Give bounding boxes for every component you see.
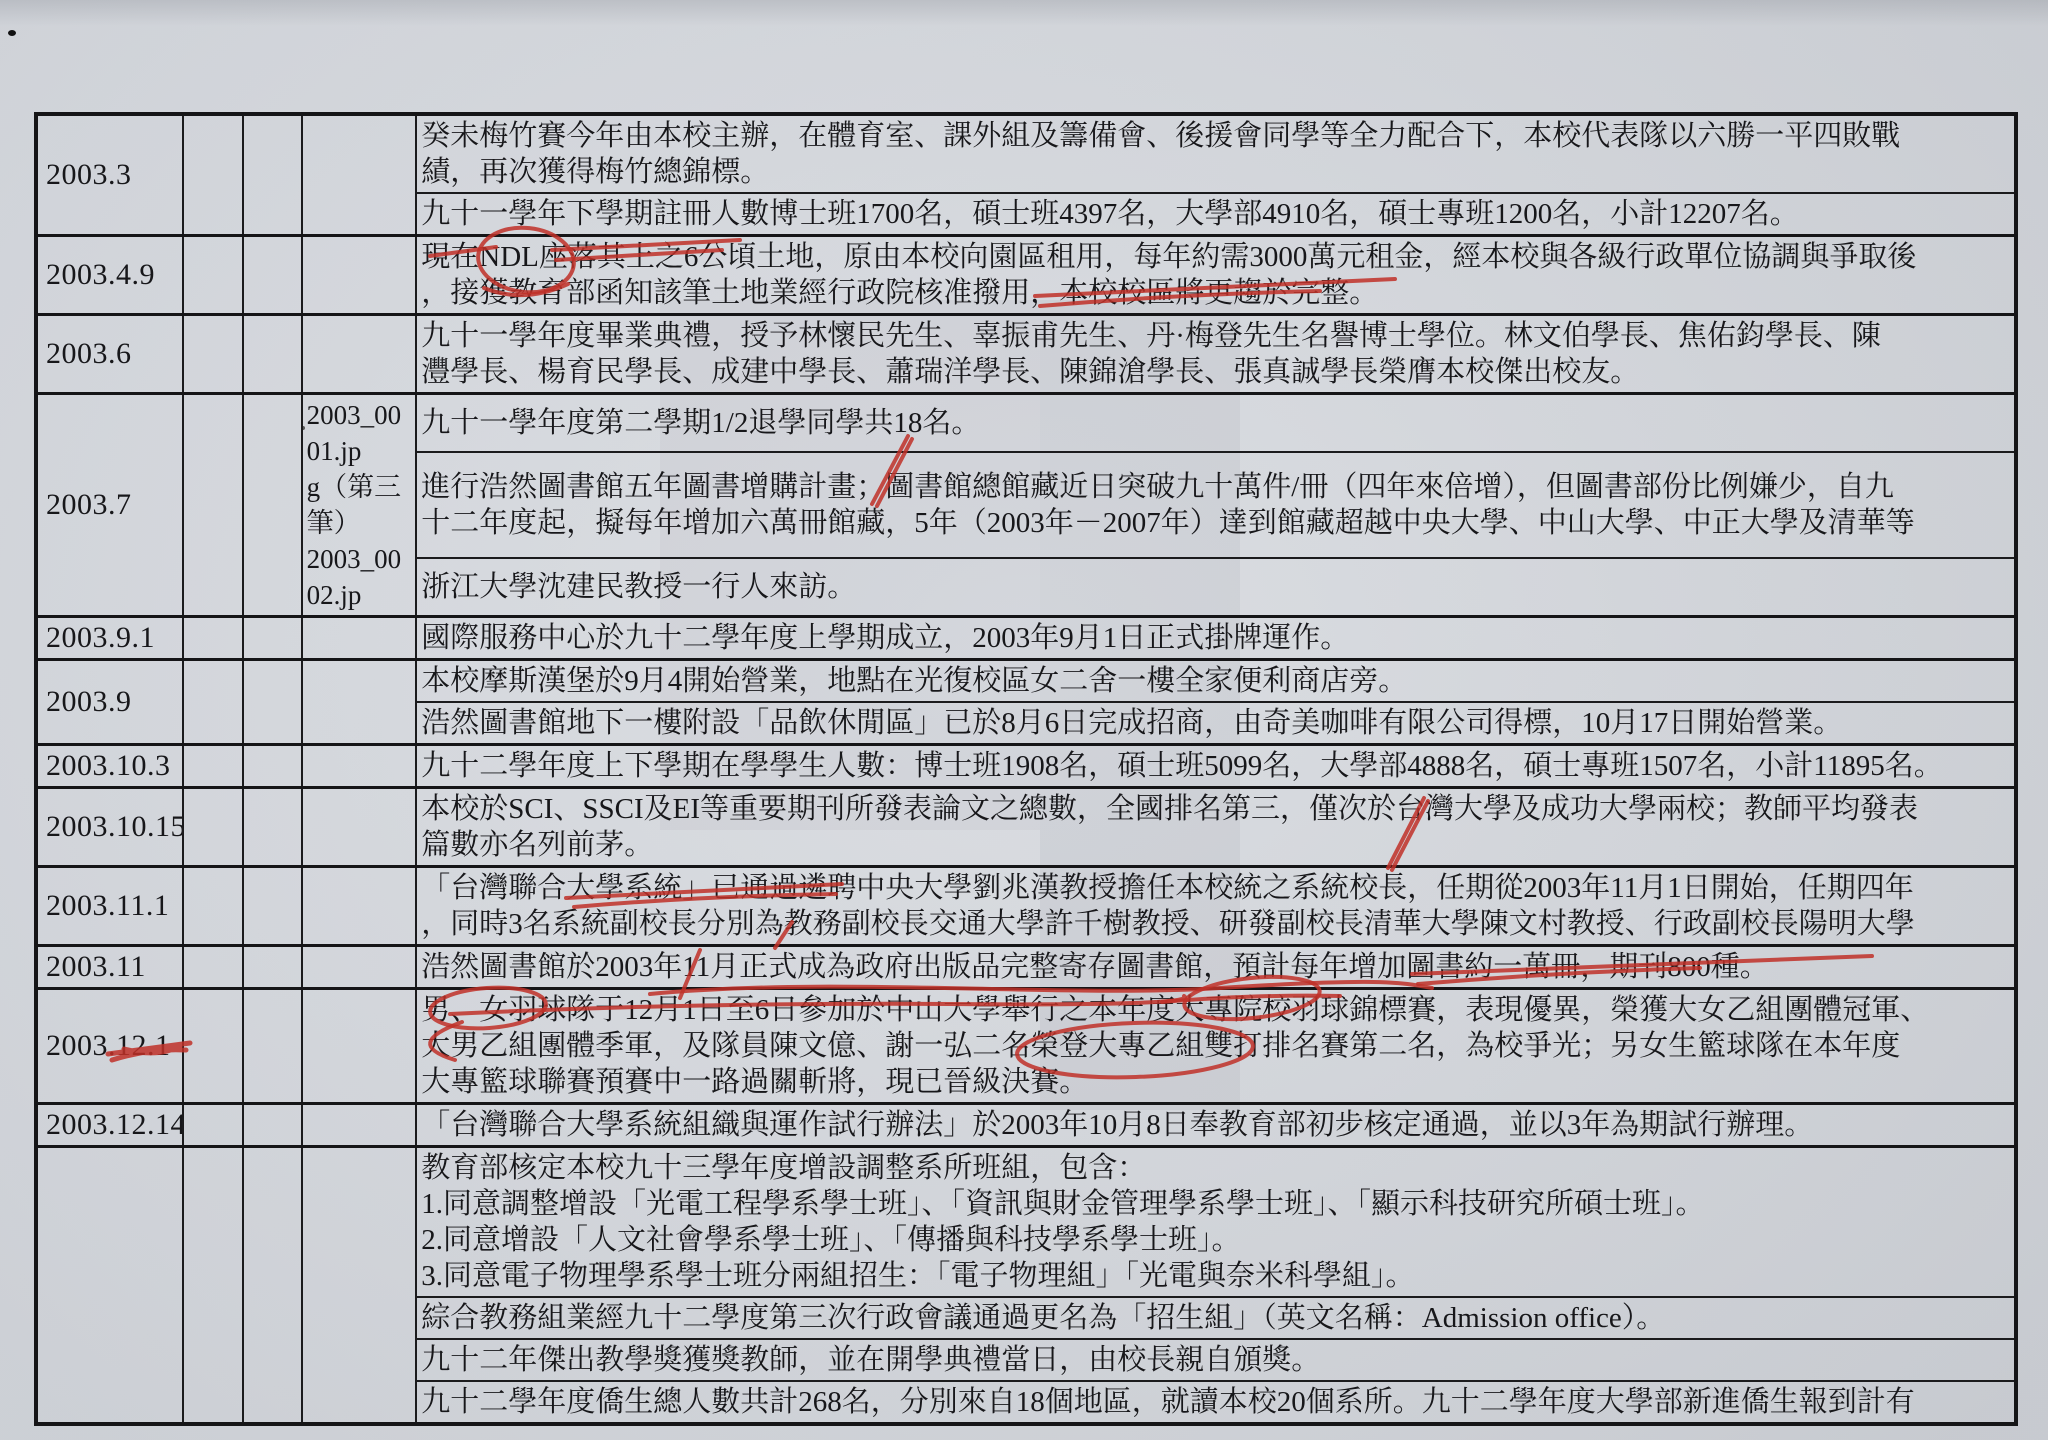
empty-cell (183, 617, 243, 660)
attachment-cell (302, 660, 417, 745)
entry-group-2003-3: 2003.3 癸未梅竹賽今年由本校主辦，在體育室、課外組及籌備會、後援會同學等全… (36, 114, 2016, 236)
date-cell: 2003.9 (36, 660, 183, 745)
table-row: 2003.3 癸未梅竹賽今年由本校主辦，在體育室、課外組及籌備會、後援會同學等全… (36, 114, 2016, 193)
empty-cell (243, 660, 301, 745)
date-cell: 2003.7 (36, 394, 183, 617)
entry-group-2003-11: 2003.11 浩然圖書館於2003年11月正式成為政府出版品完整寄存圖書館，預… (36, 946, 2016, 989)
content-cell: 九十一學年下學期註冊人數博士班1700名，碩士班4397名，大學部4910名，碩… (416, 193, 2016, 236)
empty-cell (243, 788, 301, 867)
table-row: 2003.10.15 本校於SCI、SSCI及EI等重要期刊所發表論文之總數，全… (36, 788, 2016, 867)
content-cell: 男、女羽球隊于12月1日至6日參加於中山大學舉行之本年度大專院校羽球錦標賽，表現… (416, 989, 2016, 1104)
empty-cell (243, 745, 301, 788)
attachment-cell (302, 946, 417, 989)
table-row: 2003.10.3 九十二學年度上下學期在學學生人數：博士班1908名，碩士班5… (36, 745, 2016, 788)
table-row: 2003.9 本校摩斯漢堡於9月4開始營業，地點在光復校區女二舍一樓全家便利商店… (36, 660, 2016, 703)
empty-cell (183, 1147, 243, 1425)
date-cell: 2003.12.1 (36, 989, 183, 1104)
date-cell: 2003.10.15 (36, 788, 183, 867)
content-cell: 國際服務中心於九十二學年度上學期成立，2003年9月1日正式掛牌運作。 (416, 617, 2016, 660)
date-cell: 2003.9.1 (36, 617, 183, 660)
entry-group-undated: 教育部核定本校九十三學年度增設調整系所班組，包含： 1.同意調整增設「光電工程學… (36, 1147, 2016, 1425)
attachment-cell (302, 867, 417, 946)
table-row: 教育部核定本校九十三學年度增設調整系所班組，包含： 1.同意調整增設「光電工程學… (36, 1147, 2016, 1298)
table-row: 2003.11.1 「台灣聯合大學系統」已通過遴聘中央大學劉兆漢教授擔任本校統之… (36, 867, 2016, 946)
entry-group-2003-7: 2003.7 2003_0001.jp g（第三 筆） 2003_0002.jp… (36, 394, 2016, 617)
entry-group-2003-12-1: 2003.12.1 男、女羽球隊于12月1日至6日參加於中山大學舉行之本年度大專… (36, 989, 2016, 1104)
empty-cell (183, 946, 243, 989)
content-cell: 九十一學年度畢業典禮，授予林懷民先生、辜振甫先生、丹·梅登先生名譽博士學位。林文… (416, 315, 2016, 394)
entry-group-2003-6: 2003.6 九十一學年度畢業典禮，授予林懷民先生、辜振甫先生、丹·梅登先生名譽… (36, 315, 2016, 394)
table-row: 2003.9.1 國際服務中心於九十二學年度上學期成立，2003年9月1日正式掛… (36, 617, 2016, 660)
entry-group-2003-12-14: 2003.12.14 「台灣聯合大學系統組織與運作試行辦法」於2003年10月8… (36, 1104, 2016, 1147)
table-row: 2003.11 浩然圖書館於2003年11月正式成為政府出版品完整寄存圖書館，預… (36, 946, 2016, 989)
empty-cell (183, 114, 243, 236)
date-cell (36, 1147, 183, 1425)
content-cell: 進行浩然圖書館五年圖書增購計畫；圖書館總館藏近日突破九十萬件/冊（四年來倍增），… (416, 452, 2016, 559)
empty-cell (243, 617, 301, 660)
table-row: 2003.4.9 現在NDL座落其上之6公頃土地，原由本校向園區租用，每年約需3… (36, 236, 2016, 315)
attachment-cell (302, 1104, 417, 1147)
content-cell: 癸未梅竹賽今年由本校主辦，在體育室、課外組及籌備會、後援會同學等全力配合下，本校… (416, 114, 2016, 193)
content-cell: 「台灣聯合大學系統組織與運作試行辦法」於2003年10月8日奉教育部初步核定通過… (416, 1104, 2016, 1147)
attachment-cell (302, 617, 417, 660)
empty-cell (243, 1104, 301, 1147)
content-cell: 現在NDL座落其上之6公頃土地，原由本校向園區租用，每年約需3000萬元租金，經… (416, 236, 2016, 315)
content-cell: 九十一學年度第二學期1/2退學同學共18名。 (416, 394, 2016, 452)
empty-cell (183, 236, 243, 315)
date-cell: 2003.12.14 (36, 1104, 183, 1147)
date-cell: 2003.11.1 (36, 867, 183, 946)
empty-cell (243, 394, 301, 617)
content-cell: 九十二學年度上下學期在學學生人數：博士班1908名，碩士班5099名，大學部48… (416, 745, 2016, 788)
table-row: 2003.6 九十一學年度畢業典禮，授予林懷民先生、辜振甫先生、丹·梅登先生名譽… (36, 315, 2016, 394)
attachment-cell (302, 236, 417, 315)
empty-cell (243, 867, 301, 946)
chronology-table: 2003.3 癸未梅竹賽今年由本校主辦，在體育室、課外組及籌備會、後援會同學等全… (34, 112, 2018, 1426)
entry-group-2003-9: 2003.9 本校摩斯漢堡於9月4開始營業，地點在光復校區女二舍一樓全家便利商店… (36, 660, 2016, 745)
scanned-page: 2003.3 癸未梅竹賽今年由本校主辦，在體育室、課外組及籌備會、後援會同學等全… (0, 0, 2048, 1440)
attachment-cell (302, 114, 417, 236)
table-row: 2003.12.14 「台灣聯合大學系統組織與運作試行辦法」於2003年10月8… (36, 1104, 2016, 1147)
content-cell: 浩然圖書館地下一樓附設「品飲休閒區」已於8月6日完成招商，由奇美咖啡有限公司得標… (416, 702, 2016, 745)
content-cell: 九十二學年度僑生總人數共計268名，分別來自18個地區，就讀本校20個系所。九十… (416, 1381, 2016, 1424)
attachment-cell (302, 989, 417, 1104)
empty-cell (183, 660, 243, 745)
attachment-cell (302, 315, 417, 394)
empty-cell (183, 315, 243, 394)
empty-cell (183, 788, 243, 867)
content-cell: 本校於SCI、SSCI及EI等重要期刊所發表論文之總數，全國排名第三，僅次於台灣… (416, 788, 2016, 867)
empty-cell (243, 946, 301, 989)
attachment-cell: 2003_0001.jp g（第三 筆） 2003_0002.jp (302, 394, 417, 617)
attachment-cell (302, 1147, 417, 1425)
empty-cell (243, 315, 301, 394)
content-cell: 九十二年傑出教學獎獲獎教師，並在開學典禮當日，由校長親自頒獎。 (416, 1339, 2016, 1381)
empty-cell (243, 989, 301, 1104)
empty-cell (243, 236, 301, 315)
table-row: 2003.12.1 男、女羽球隊于12月1日至6日參加於中山大學舉行之本年度大專… (36, 989, 2016, 1104)
attachment-cell (302, 745, 417, 788)
empty-cell (183, 1104, 243, 1147)
empty-cell (183, 745, 243, 788)
content-cell: 浙江大學沈建民教授一行人來訪。 (416, 558, 2016, 616)
entry-group-2003-10-3: 2003.10.3 九十二學年度上下學期在學學生人數：博士班1908名，碩士班5… (36, 745, 2016, 788)
scan-speck (8, 30, 16, 36)
empty-cell (243, 1147, 301, 1425)
date-cell: 2003.6 (36, 315, 183, 394)
empty-cell (183, 867, 243, 946)
entry-group-2003-10-15: 2003.10.15 本校於SCI、SSCI及EI等重要期刊所發表論文之總數，全… (36, 788, 2016, 867)
scan-edge-shadow (0, 0, 2048, 26)
attachment-cell (302, 788, 417, 867)
empty-cell (183, 989, 243, 1104)
empty-cell (183, 394, 243, 617)
date-cell: 2003.11 (36, 946, 183, 989)
table-row: 2003.7 2003_0001.jp g（第三 筆） 2003_0002.jp… (36, 394, 2016, 452)
date-cell: 2003.3 (36, 114, 183, 236)
empty-cell (243, 114, 301, 236)
content-cell: 教育部核定本校九十三學年度增設調整系所班組，包含： 1.同意調整增設「光電工程學… (416, 1147, 2016, 1298)
content-cell: 浩然圖書館於2003年11月正式成為政府出版品完整寄存圖書館，預計每年增加圖書約… (416, 946, 2016, 989)
entry-group-2003-9-1: 2003.9.1 國際服務中心於九十二學年度上學期成立，2003年9月1日正式掛… (36, 617, 2016, 660)
entry-group-2003-11-1: 2003.11.1 「台灣聯合大學系統」已通過遴聘中央大學劉兆漢教授擔任本校統之… (36, 867, 2016, 946)
date-cell: 2003.4.9 (36, 236, 183, 315)
entry-group-2003-4-9: 2003.4.9 現在NDL座落其上之6公頃土地，原由本校向園區租用，每年約需3… (36, 236, 2016, 315)
content-cell: 本校摩斯漢堡於9月4開始營業，地點在光復校區女二舍一樓全家便利商店旁。 (416, 660, 2016, 703)
content-cell: 綜合教務組業經九十二學度第三次行政會議通過更名為「招生組」（英文名稱：Admis… (416, 1297, 2016, 1339)
date-cell: 2003.10.3 (36, 745, 183, 788)
content-cell: 「台灣聯合大學系統」已通過遴聘中央大學劉兆漢教授擔任本校統之系統校長，任期從20… (416, 867, 2016, 946)
